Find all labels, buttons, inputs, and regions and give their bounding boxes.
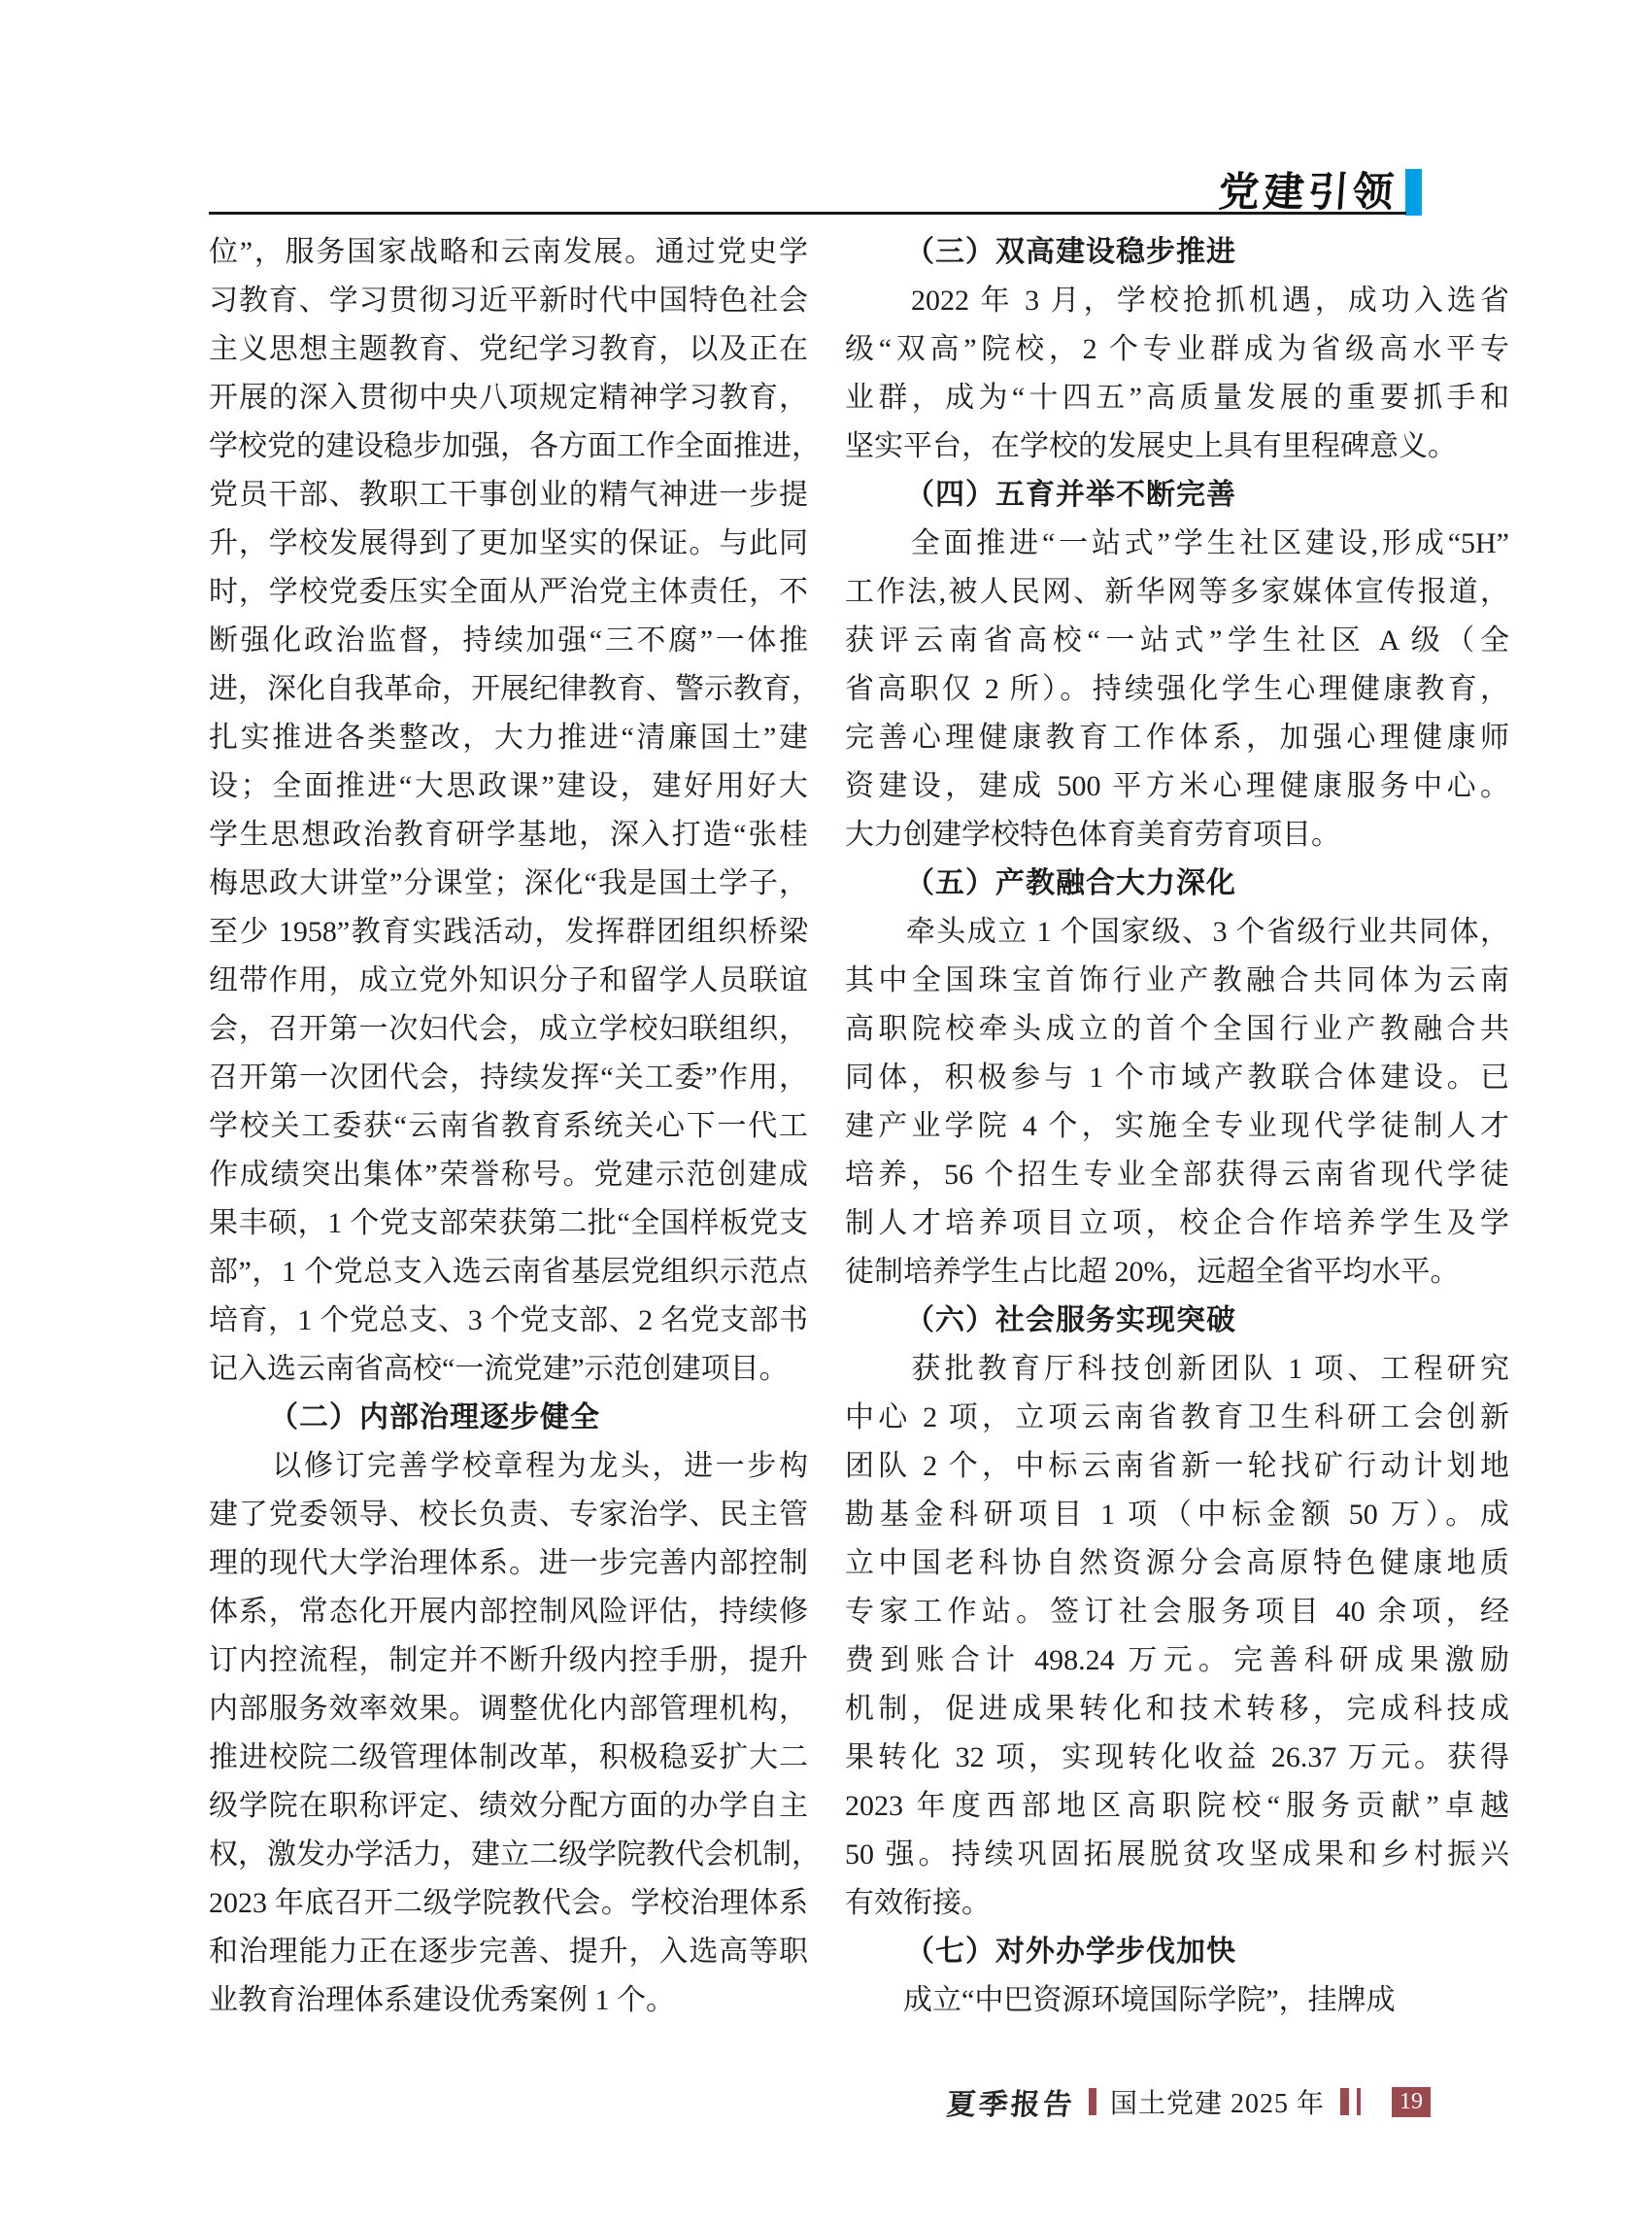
text-line: 50 强。持续巩固拓展脱贫攻坚成果和乡村振兴 <box>845 1831 1509 1879</box>
text-line: 内部服务效率效果。调整优化内部管理机构， <box>209 1685 808 1734</box>
text-line: 牵头成立 1 个国家级、3 个省级行业共同体， <box>845 908 1509 957</box>
text-line: 部”，1 个党总支入选云南省基层党组织示范点 <box>209 1248 808 1297</box>
text-line: 培养，56 个招生专业全部获得云南省现代学徒 <box>845 1151 1509 1199</box>
page-number-box: 19 <box>1392 2087 1431 2117</box>
section-heading: （五）产教融合大力深化 <box>845 860 1509 908</box>
text-line: 级学院在职称评定、绩效分配方面的办学自主 <box>209 1782 808 1831</box>
text-line: 中心 2 项，立项云南省教育卫生科研工会创新 <box>845 1394 1509 1442</box>
text-line: 建产业学院 4 个，实施全专业现代学徒制人才 <box>845 1102 1509 1151</box>
text-line: 时，学校党委压实全面从严治党主体责任，不 <box>209 568 808 617</box>
text-line: 工作法,被人民网、新华网等多家媒体宣传报道， <box>845 568 1509 617</box>
paragraph: 牵头成立 1 个国家级、3 个省级行业共同体，其中全国珠宝首饰行业产教融合共同体… <box>845 908 1509 1297</box>
text-line: 梅思政大讲堂”分课堂；深化“我是国土学子， <box>209 860 808 908</box>
text-line: 获批教育厅科技创新团队 1 项、工程研究 <box>845 1345 1509 1394</box>
section-heading: （三）双高建设稳步推进 <box>845 228 1509 277</box>
text-line: 断强化政治监督，持续加强“三不腐”一体推 <box>209 617 808 665</box>
text-line: 成立“中巴资源环境国际学院”，挂牌成 <box>845 1976 1509 2025</box>
paragraph: 获批教育厅科技创新团队 1 项、工程研究中心 2 项，立项云南省教育卫生科研工会… <box>845 1345 1509 1928</box>
text-line: （五）产教融合大力深化 <box>845 860 1509 908</box>
text-line: 机制，促进成果转化和技术转移，完成科技成 <box>845 1685 1509 1734</box>
paragraph: 2022 年 3 月，学校抢抓机遇，成功入选省级“双高”院校，2 个专业群成为省… <box>845 277 1509 471</box>
text-line: 有效衔接。 <box>845 1879 1509 1928</box>
text-line: 订内控流程，制定并不断升级内控手册，提升 <box>209 1636 808 1685</box>
text-line: 获评云南省高校“一站式”学生社区 A 级（全 <box>845 617 1509 665</box>
text-line: 推进校院二级管理体制改革，积极稳妥扩大二 <box>209 1734 808 1782</box>
text-line: 理的现代大学治理体系。进一步完善内部控制 <box>209 1539 808 1588</box>
text-column-left: 位”，服务国家战略和云南发展。通过党史学习教育、学习贯彻习近平新时代中国特色社会… <box>209 228 808 2025</box>
text-line: 勘基金科研项目 1 项（中标金额 50 万）。成 <box>845 1491 1509 1539</box>
text-line: 会，召开第一次妇代会，成立学校妇联组织， <box>209 1005 808 1054</box>
text-line: 完善心理健康教育工作体系，加强心理健康师 <box>845 714 1509 762</box>
paragraph: 全面推进“一站式”学生社区建设,形成“5H”工作法,被人民网、新华网等多家媒体宣… <box>845 520 1509 860</box>
footer-separator-bar <box>1089 2088 1096 2115</box>
text-line: 制人才培养项目立项，校企合作培养学生及学 <box>845 1199 1509 1248</box>
text-line: 召开第一次团代会，持续发挥“关工委”作用， <box>209 1054 808 1102</box>
text-line: 进，深化自我革命，开展纪律教育、警示教育， <box>209 665 808 714</box>
footer-report-name: 夏季报告 <box>945 2080 1077 2123</box>
text-line: 学校党的建设稳步加强，各方面工作全面推进， <box>209 422 808 471</box>
text-line: 徒制培养学生占比超 20%，远超全省平均水平。 <box>845 1248 1509 1297</box>
text-line: （七）对外办学步伐加快 <box>845 1928 1509 1976</box>
text-line: 扎实推进各类整改，大力推进“清廉国土”建 <box>209 714 808 762</box>
text-line: 2023 年底召开二级学院教代会。学校治理体系 <box>209 1879 808 1928</box>
text-line: 培育，1 个党总支、3 个党支部、2 名党支部书 <box>209 1297 808 1345</box>
text-line: 费到账合计 498.24 万元。完善科研成果激励 <box>845 1636 1509 1685</box>
text-line: 至少 1958”教育实践活动，发挥群团组织桥梁 <box>209 908 808 957</box>
text-line: 省高职仅 2 所）。持续强化学生心理健康教育， <box>845 665 1509 714</box>
footer-issue-title: 国土党建 2025 年 <box>1110 2082 1325 2121</box>
text-line: 记入选云南省高校“一流党建”示范创建项目。 <box>209 1345 808 1394</box>
text-line: 和治理能力正在逐步完善、提升，入选高等职 <box>209 1928 808 1976</box>
text-line: 同体，积极参与 1 个市域产教联合体建设。已 <box>845 1054 1509 1102</box>
text-line: 位”，服务国家战略和云南发展。通过党史学 <box>209 228 808 277</box>
text-line: （六）社会服务实现突破 <box>845 1297 1509 1345</box>
footer-double-bar-thin <box>1357 2088 1361 2115</box>
text-line: 业群，成为“十四五”高质量发展的重要抓手和 <box>845 374 1509 422</box>
page-number: 19 <box>1399 2089 1423 2115</box>
text-line: 以修订完善学校章程为龙头，进一步构 <box>209 1442 808 1491</box>
text-line: 全面推进“一站式”学生社区建设,形成“5H” <box>845 520 1509 568</box>
document-page: 党建引领 位”，服务国家战略和云南发展。通过党史学习教育、学习贯彻习近平新时代中… <box>0 0 1652 2225</box>
text-line: 资建设，建成 500 平方米心理健康服务中心。 <box>845 762 1509 811</box>
text-line: （二）内部治理逐步健全 <box>209 1394 808 1442</box>
text-line: （四）五育并举不断完善 <box>845 471 1509 520</box>
text-line: 果转化 32 项，实现转化收益 26.37 万元。获得 <box>845 1734 1509 1782</box>
text-line: 业教育治理体系建设优秀案例 1 个。 <box>209 1976 808 2025</box>
section-heading: （六）社会服务实现突破 <box>845 1297 1509 1345</box>
text-line: 主义思想主题教育、党纪学习教育，以及正在 <box>209 325 808 374</box>
text-line: 坚实平台，在学校的发展史上具有里程碑意义。 <box>845 422 1509 471</box>
page-header-title: 党建引领 <box>1217 160 1399 219</box>
section-heading: （四）五育并举不断完善 <box>845 471 1509 520</box>
text-line: 专家工作站。签订社会服务项目 40 余项，经 <box>845 1588 1509 1636</box>
text-line: 高职院校牵头成立的首个全国行业产教融合共 <box>845 1005 1509 1054</box>
header-rule <box>209 212 1406 215</box>
text-line: 2022 年 3 月，学校抢抓机遇，成功入选省 <box>845 277 1509 325</box>
text-line: 级“双高”院校，2 个专业群成为省级高水平专 <box>845 325 1509 374</box>
text-line: 建了党委领导、校长负责、专家治学、民主管 <box>209 1491 808 1539</box>
text-line: 设；全面推进“大思政课”建设，建好用好大 <box>209 762 808 811</box>
paragraph: 位”，服务国家战略和云南发展。通过党史学习教育、学习贯彻习近平新时代中国特色社会… <box>209 228 808 1394</box>
text-line: 体系，常态化开展内部控制风险评估，持续修 <box>209 1588 808 1636</box>
text-line: 习教育、学习贯彻习近平新时代中国特色社会 <box>209 277 808 325</box>
text-line: 2023 年度西部地区高职院校“服务贡献”卓越 <box>845 1782 1509 1831</box>
paragraph: 成立“中巴资源环境国际学院”，挂牌成 <box>845 1976 1509 2025</box>
text-line: 立中国老科协自然资源分会高原特色健康地质 <box>845 1539 1509 1588</box>
text-line: （三）双高建设稳步推进 <box>845 228 1509 277</box>
page-footer: 夏季报告 国土党建 2025 年 19 <box>947 2082 1431 2121</box>
text-line: 学校关工委获“云南省教育系统关心下一代工 <box>209 1102 808 1151</box>
text-line: 党员干部、教职工干事创业的精气神进一步提 <box>209 471 808 520</box>
section-heading: （二）内部治理逐步健全 <box>209 1394 808 1442</box>
text-line: 作成绩突出集体”荣誉称号。党建示范创建成 <box>209 1151 808 1199</box>
text-line: 权，激发办学活力，建立二级学院教代会机制， <box>209 1831 808 1879</box>
header-accent-square <box>1405 169 1422 216</box>
text-line: 纽带作用，成立党外知识分子和留学人员联谊 <box>209 957 808 1005</box>
text-line: 开展的深入贯彻中央八项规定精神学习教育， <box>209 374 808 422</box>
footer-double-bar-thick <box>1340 2088 1349 2115</box>
text-line: 升，学校发展得到了更加坚实的保证。与此同 <box>209 520 808 568</box>
section-heading: （七）对外办学步伐加快 <box>845 1928 1509 1976</box>
text-column-right: （三）双高建设稳步推进 2022 年 3 月，学校抢抓机遇，成功入选省级“双高”… <box>845 228 1509 2025</box>
text-line: 果丰硕，1 个党支部荣获第二批“全国样板党支 <box>209 1199 808 1248</box>
text-line: 团队 2 个，中标云南省新一轮找矿行动计划地 <box>845 1442 1509 1491</box>
paragraph: 以修订完善学校章程为龙头，进一步构建了党委领导、校长负责、专家治学、民主管理的现… <box>209 1442 808 2025</box>
text-line: 其中全国珠宝首饰行业产教融合共同体为云南 <box>845 957 1509 1005</box>
footer-double-bar <box>1340 2088 1361 2115</box>
text-line: 学生思想政治教育研学基地，深入打造“张桂 <box>209 811 808 860</box>
text-line: 大力创建学校特色体育美育劳育项目。 <box>845 811 1509 860</box>
